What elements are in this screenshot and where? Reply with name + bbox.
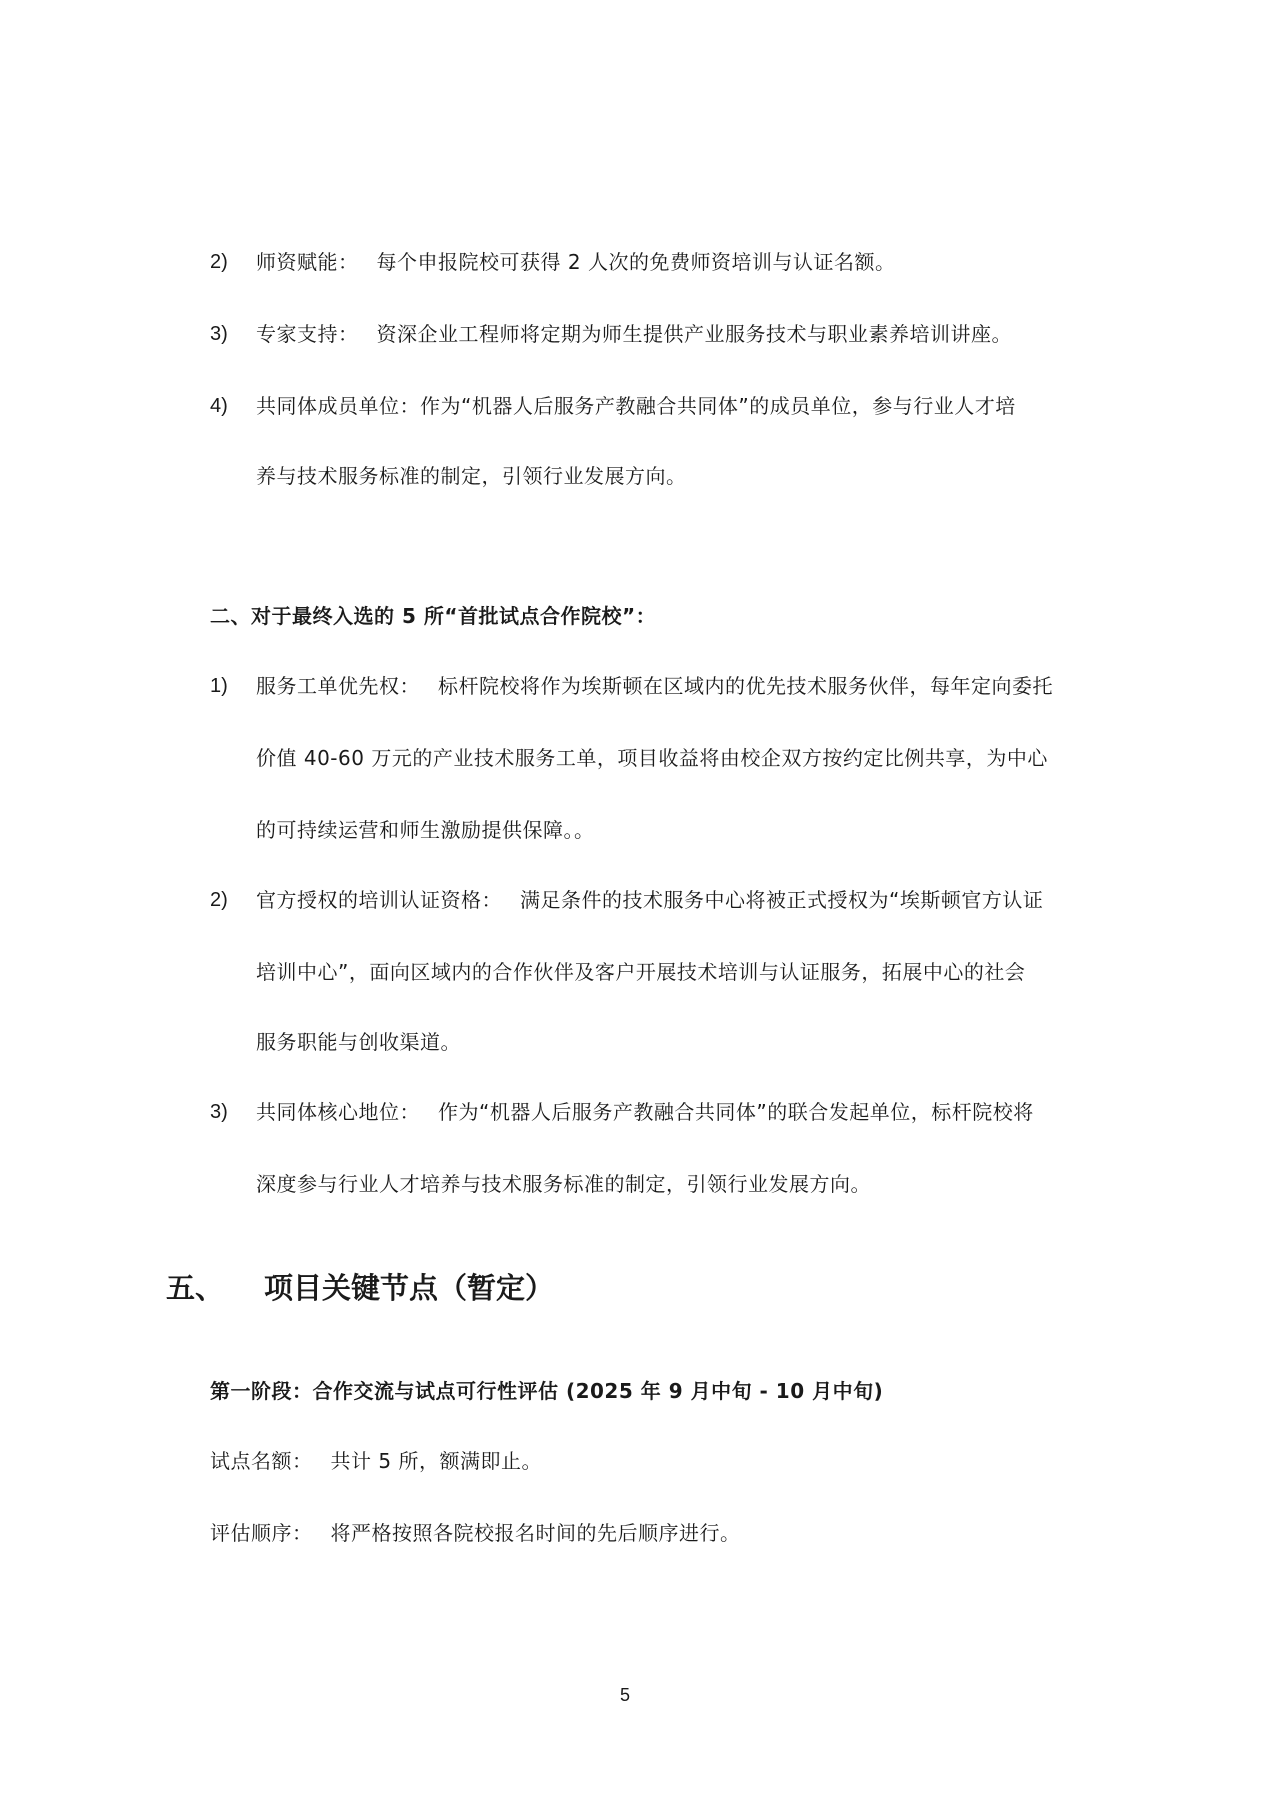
section-number: 五、 bbox=[166, 1271, 224, 1305]
row-label: 试点名额： bbox=[210, 1447, 313, 1475]
item-label: 服务工单优先权： bbox=[256, 672, 420, 700]
item-number: 1) bbox=[210, 672, 228, 700]
item-text: 满足条件的技术服务中心将被正式授权为“埃斯顿官方认证 bbox=[520, 888, 1043, 912]
phase-row-quota: 试点名额：共计 5 所，额满即止。 bbox=[210, 1447, 542, 1475]
phase-row-order: 评估顺序：将严格按照各院校报名时间的先后顺序进行。 bbox=[210, 1519, 741, 1547]
item-text-continued: 服务职能与创收渠道。 bbox=[256, 1028, 461, 1056]
row-label: 评估顺序： bbox=[210, 1519, 313, 1547]
item-label: 共同体成员单位： bbox=[256, 392, 420, 420]
item-text: 标杆院校将作为埃斯顿在区域内的优先技术服务伙伴，每年定向委托 bbox=[438, 674, 1053, 698]
item-text-continued: 培训中心”，面向区域内的合作伙伴及客户开展技术培训与认证服务，拓展中心的社会 bbox=[256, 958, 1025, 986]
page-number: 5 bbox=[0, 1685, 1250, 1706]
row-value: 将严格按照各院校报名时间的先后顺序进行。 bbox=[331, 1521, 741, 1545]
item-number: 2) bbox=[210, 248, 228, 276]
item-number: 4) bbox=[210, 392, 228, 420]
pilot-section-heading: 二、对于最终入选的 5 所“首批试点合作院校”： bbox=[210, 602, 656, 630]
section-five-heading: 五、项目关键节点（暂定） bbox=[166, 1268, 554, 1308]
item-label: 官方授权的培训认证资格： bbox=[256, 886, 502, 914]
section-title: 项目关键节点（暂定） bbox=[264, 1271, 554, 1305]
item-number: 3) bbox=[210, 320, 228, 348]
item-text-continued: 的可持续运营和师生激励提供保障。。 bbox=[256, 816, 595, 844]
item-number: 2) bbox=[210, 886, 228, 914]
item-text: 每个申报院校可获得 2 人次的免费师资培训与认证名额。 bbox=[377, 250, 896, 274]
item-text: 作为“机器人后服务产教融合共同体”的成员单位，参与行业人才培 bbox=[420, 394, 1016, 418]
item-text: 资深企业工程师将定期为师生提供产业服务技术与职业素养培训讲座。 bbox=[377, 322, 1013, 346]
row-value: 共计 5 所，额满即止。 bbox=[331, 1449, 542, 1473]
item-text: 作为“机器人后服务产教融合共同体”的联合发起单位，标杆院校将 bbox=[438, 1100, 1034, 1124]
phase-one-title: 第一阶段：合作交流与试点可行性评估 (2025 年 9 月中旬 - 10 月中旬… bbox=[210, 1377, 883, 1405]
item-text-continued: 深度参与行业人才培养与技术服务标准的制定，引领行业发展方向。 bbox=[256, 1170, 871, 1198]
item-text-continued: 养与技术服务标准的制定，引领行业发展方向。 bbox=[256, 462, 687, 490]
item-label: 共同体核心地位： bbox=[256, 1098, 420, 1126]
item-label: 专家支持： bbox=[256, 320, 359, 348]
item-number: 3) bbox=[210, 1098, 228, 1126]
item-label: 师资赋能： bbox=[256, 248, 359, 276]
item-text-continued: 价值 40-60 万元的产业技术服务工单，项目收益将由校企双方按约定比例共享，为… bbox=[256, 744, 1048, 772]
